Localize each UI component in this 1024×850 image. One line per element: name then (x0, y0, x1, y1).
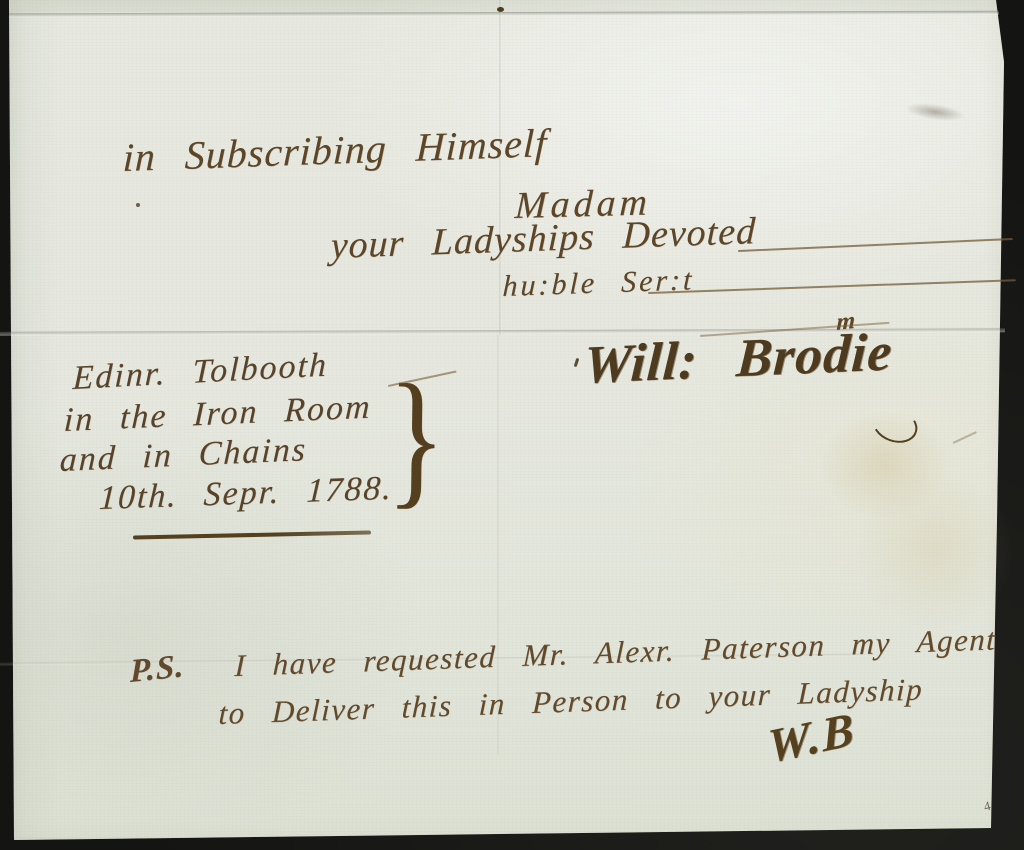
letter-scan: in Subscribing Himself Madam your Ladysh… (0, 0, 1024, 850)
postscript-label: P.S. (130, 648, 184, 691)
closing-line-humble-servant: hu:ble Ser:t (502, 263, 695, 304)
ink-speck-left (136, 203, 140, 207)
brace-decoration: } (386, 352, 447, 523)
ink-speck-top (497, 7, 504, 12)
